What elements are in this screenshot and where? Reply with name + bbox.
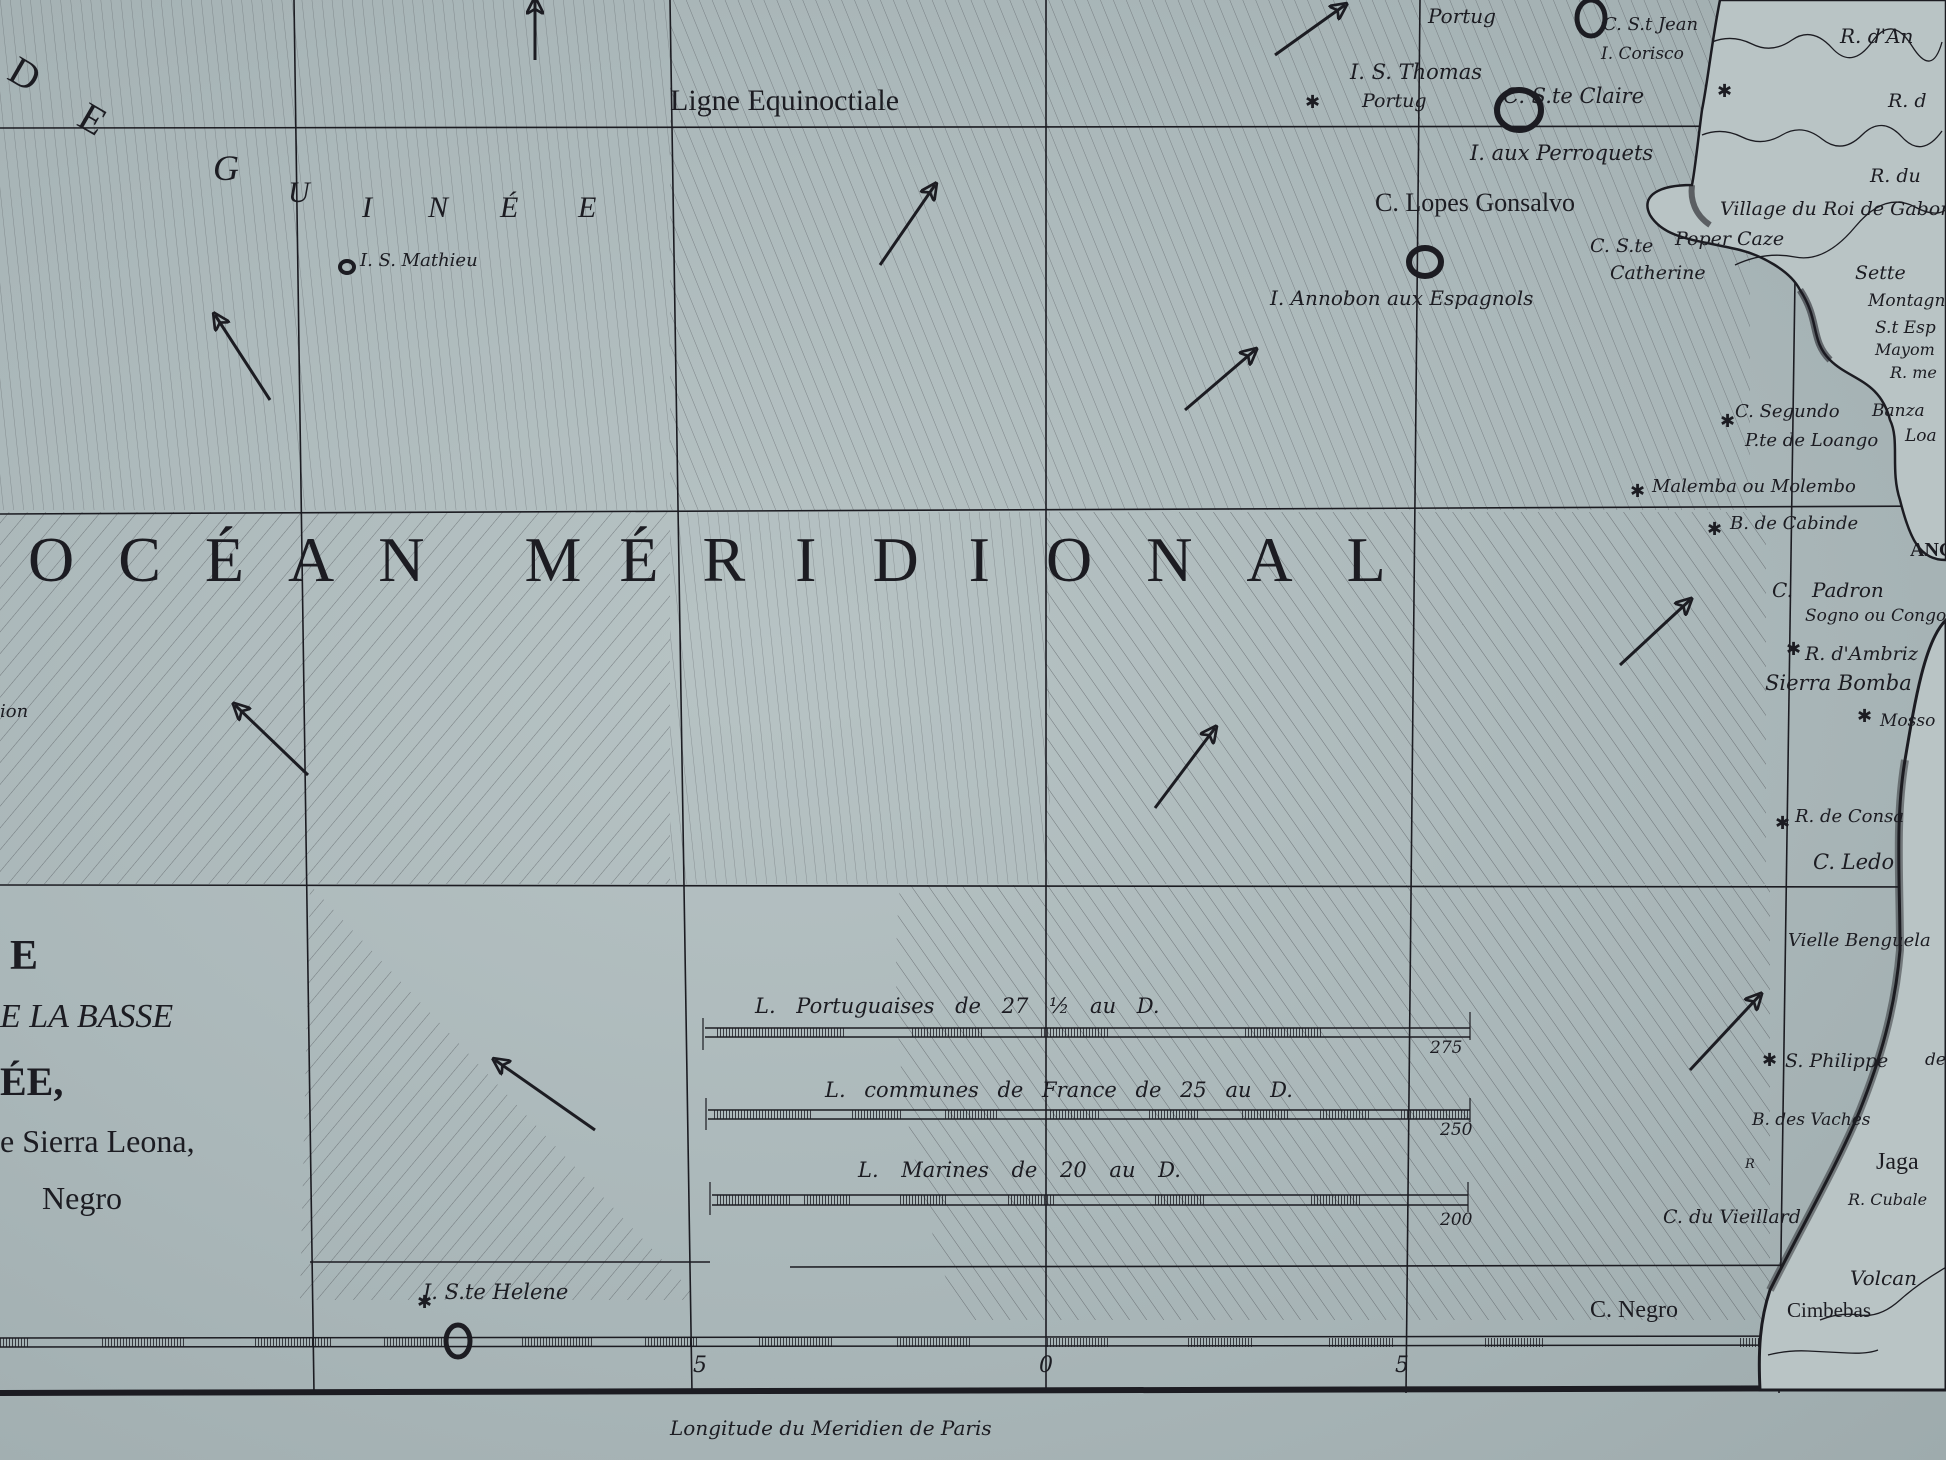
- longitude-tick-west-5: 5: [693, 1355, 707, 1377]
- svg-text:✱: ✱: [1630, 481, 1645, 502]
- gulf-label-e-last: E: [578, 193, 599, 223]
- place-st-thomas: I. S. Thomas: [1350, 62, 1482, 83]
- place-st-mathieu: I. S. Mathieu: [360, 252, 478, 270]
- svg-text:✱: ✱: [1775, 813, 1790, 834]
- place-st-esprit: S.t Esp: [1875, 320, 1936, 337]
- left-edge-fragment: ion: [0, 703, 28, 721]
- place-mayomba: Mayom: [1875, 342, 1935, 358]
- scale-label-portuguese: L. Portuguaises de 27 ½ au D.: [755, 996, 1160, 1017]
- place-cabinde: B. de Cabinde: [1730, 515, 1858, 533]
- longitude-scale-bar: [0, 1336, 1946, 1393]
- place-de: de: [1925, 1052, 1946, 1069]
- ocean-label: OCÉANMÉRIDIONAL: [28, 528, 1386, 592]
- place-ledo: C. Ledo: [1813, 852, 1894, 873]
- place-vaches: B. des Vaches: [1752, 1112, 1870, 1129]
- place-segundo: C. Segundo: [1735, 403, 1840, 421]
- place-loa: Loa: [1905, 428, 1937, 445]
- place-angola: ANG: [1910, 540, 1946, 560]
- ocean-letter: N: [378, 524, 424, 595]
- place-malemba: Malemba ou Molembo: [1652, 478, 1856, 496]
- gulf-label-u: U: [288, 178, 312, 208]
- place-r-me: R. me: [1890, 365, 1937, 381]
- ocean-letter: R: [702, 524, 745, 595]
- ocean-letter: M: [524, 524, 581, 595]
- place-loango: P.te de Loango: [1745, 432, 1878, 450]
- place-sierra-bomba: Sierra Bomba: [1765, 673, 1912, 694]
- ocean-letter: I: [969, 524, 990, 595]
- map-graphics: ✱ ✱ ✱ ✱ ✱ ✱ ✱ ✱ ✱ ✱: [0, 0, 1946, 1460]
- svg-text:✱: ✱: [1857, 706, 1872, 727]
- place-philippe: S. Philippe: [1785, 1052, 1888, 1071]
- place-consa: R. de Consa: [1795, 808, 1904, 826]
- bottom-caption: Longitude du Meridien de Paris: [670, 1418, 992, 1438]
- place-montagne: Montagne: [1868, 293, 1946, 310]
- ocean-letter: O: [1046, 524, 1092, 595]
- svg-text:✱: ✱: [1707, 519, 1722, 540]
- place-mosso: Mosso: [1880, 713, 1935, 730]
- gulf-label-g: G: [213, 150, 242, 186]
- place-sette: Sette: [1855, 264, 1906, 283]
- ocean-letter: A: [288, 524, 334, 595]
- antique-map: ✱ ✱ ✱ ✱ ✱ ✱ ✱ ✱ ✱ ✱ D E G U I N É E Lign…: [0, 0, 1946, 1460]
- place-st-thomas-portug: Portug: [1362, 92, 1427, 111]
- title-line-5: Negro: [42, 1182, 122, 1214]
- title-line-2: E LA BASSE: [0, 1000, 173, 1034]
- scale-label-france: L. communes de France de 25 au D.: [825, 1080, 1293, 1101]
- place-corisco: I. Corisco: [1601, 46, 1684, 63]
- ocean-letter: C: [118, 524, 161, 595]
- title-line-1: E: [10, 935, 38, 977]
- place-r-small: R: [1745, 1158, 1755, 1171]
- place-helene: I. S.te Helene: [423, 1282, 568, 1303]
- place-padron-c: C.: [1772, 580, 1793, 600]
- place-st-jean: C. S.t Jean: [1603, 16, 1698, 34]
- place-annobon: I. Annobon aux Espagnols: [1270, 288, 1533, 308]
- place-banza: Banza: [1872, 403, 1925, 420]
- place-cubale: R. Cubale: [1848, 1192, 1927, 1208]
- svg-text:✱: ✱: [1720, 411, 1735, 432]
- scale-end-200: 200: [1440, 1212, 1472, 1229]
- ocean-letter: O: [28, 524, 74, 595]
- svg-text:✱: ✱: [1786, 639, 1801, 660]
- place-ste-claire: C. S.te Claire: [1503, 86, 1644, 107]
- scale-label-marines: L. Marines de 20 au D.: [858, 1160, 1181, 1181]
- svg-text:✱: ✱: [1305, 92, 1320, 113]
- ocean-letter: É: [619, 524, 658, 595]
- place-negro: C. Negro: [1590, 1298, 1678, 1322]
- place-volcan: Volcan: [1850, 1268, 1917, 1288]
- title-line-4: e Sierra Leona,: [0, 1125, 195, 1157]
- longitude-tick-east-5: 5: [1395, 1355, 1409, 1377]
- place-ste-catherine-c: C. S.te: [1590, 237, 1653, 256]
- longitude-tick-0: 0: [1039, 1355, 1053, 1377]
- place-vieillard: C. du Vieillard: [1663, 1208, 1801, 1227]
- place-cimbebas: Cimbebas: [1787, 1300, 1871, 1321]
- ocean-letter: D: [872, 524, 918, 595]
- ocean-letter: I: [795, 524, 816, 595]
- place-jaga: Jaga: [1876, 1150, 1919, 1174]
- place-r-angra: R. d'An: [1840, 26, 1913, 46]
- ocean-letter: É: [205, 524, 244, 595]
- place-sogno: Sogno ou Congo: [1805, 608, 1946, 625]
- gulf-label-e-acute: É: [500, 193, 521, 223]
- place-village: Village du Roi de Gabon: [1720, 200, 1946, 219]
- ocean-letter: N: [1146, 524, 1192, 595]
- equator-label: Ligne Equinoctiale: [670, 86, 899, 116]
- place-ste-catherine: Catherine: [1610, 264, 1706, 283]
- place-r-du: R. du: [1870, 167, 1921, 186]
- ocean-letter: A: [1246, 524, 1292, 595]
- place-padron: Padron: [1812, 580, 1884, 600]
- place-portug-top: Portug: [1428, 6, 1496, 26]
- place-perroquets: I. aux Perroquets: [1470, 143, 1653, 164]
- place-ambriz: R. d'Ambriz: [1805, 645, 1918, 664]
- svg-text:✱: ✱: [1717, 81, 1732, 102]
- gulf-label-n: N: [428, 193, 450, 223]
- place-r-d: R. d: [1888, 92, 1927, 111]
- place-benguela: Vielle Benguela: [1788, 932, 1931, 950]
- title-line-3: ÉE,: [0, 1062, 63, 1102]
- place-poper: Poper Caze: [1675, 230, 1784, 249]
- ocean-letter: L: [1347, 524, 1386, 595]
- gulf-label-i: I: [362, 193, 374, 223]
- svg-text:✱: ✱: [1762, 1050, 1777, 1071]
- scale-end-250: 250: [1440, 1122, 1472, 1139]
- scale-end-275: 275: [1430, 1040, 1462, 1057]
- place-lopes: C. Lopes Gonsalvo: [1375, 190, 1575, 216]
